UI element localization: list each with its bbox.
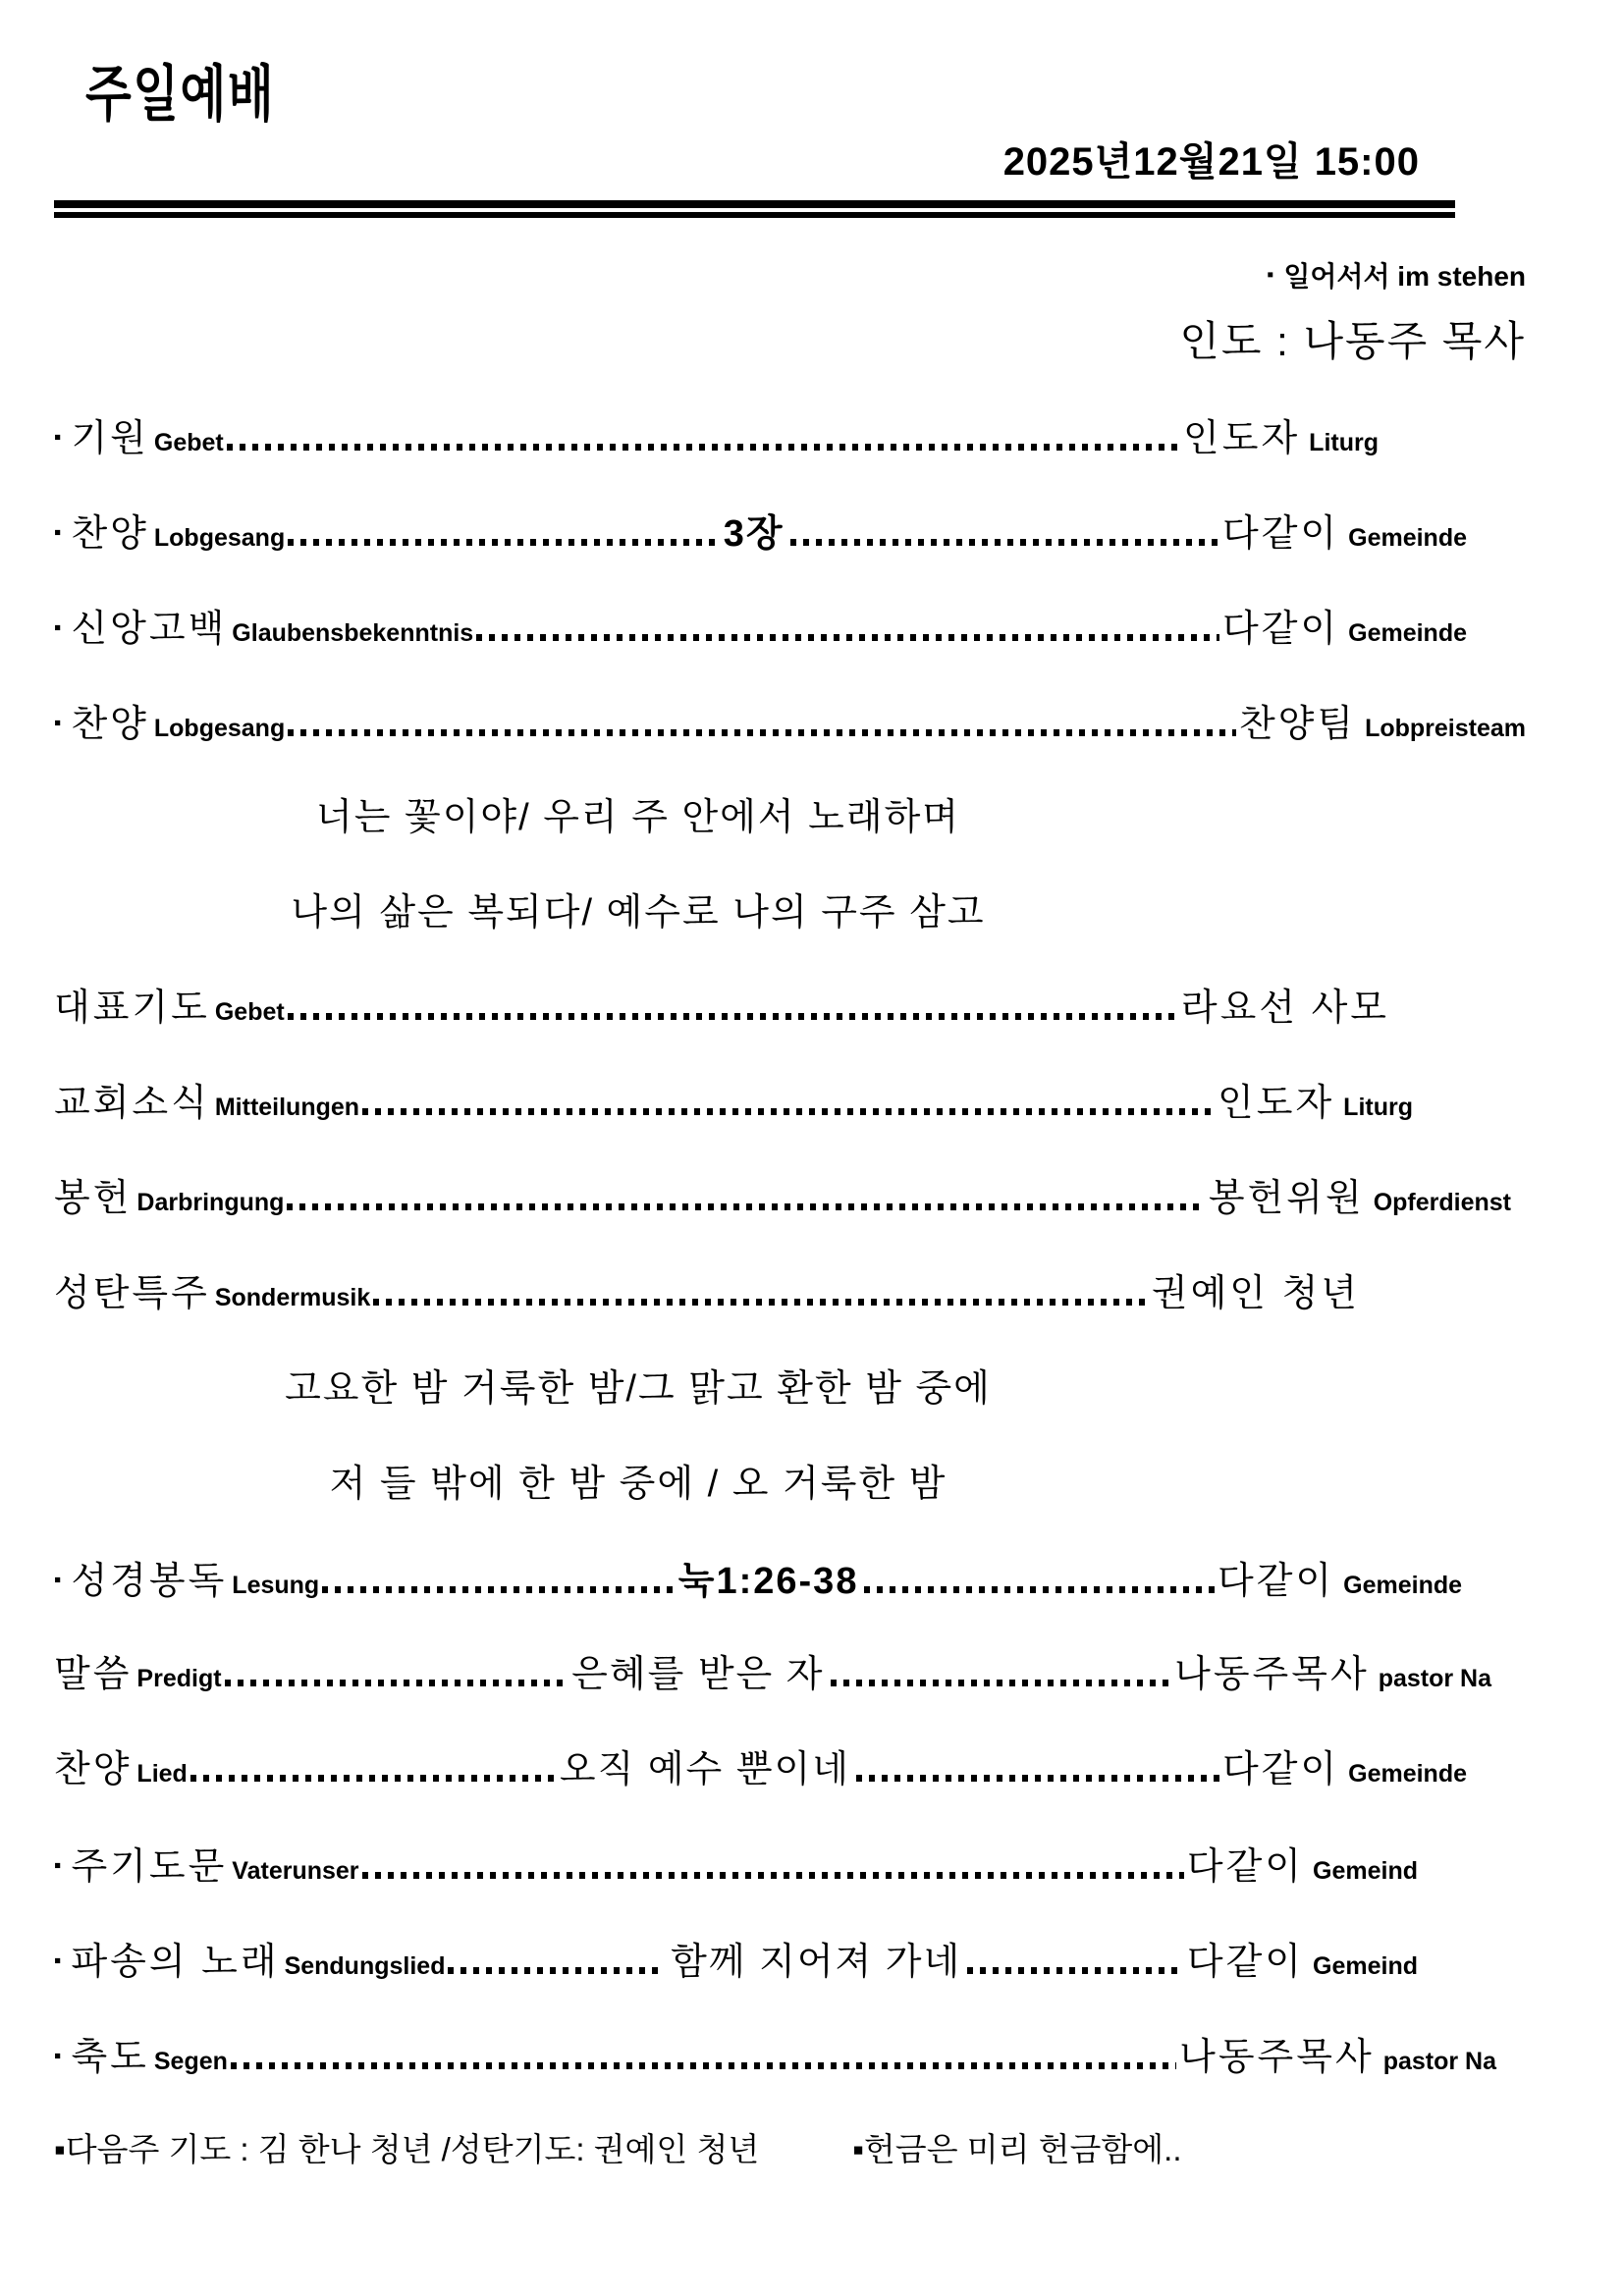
row-hymn: ▪찬양Lobgesang 3장 다같이Gemeinde [54,509,1526,556]
song-lyric-line: 저 들 밖에 한 밤 중에 / 오 거룩한 밤 [54,1462,1222,1508]
scripture-reference: 눅1:26-38 [678,1559,859,1605]
square-bullet-icon: ▪ [54,521,61,544]
assignee-de: pastor Na [1379,1665,1491,1692]
dot-leader [373,1299,1149,1306]
item-title-ko: 말씀 [54,1654,132,1695]
item-title-de: Sendungslied [285,1952,446,1980]
row-sermon: 말씀Predigt 은혜를 받은 자 나동주목사pastor Na [54,1652,1526,1698]
assignee-de: Liturg [1309,429,1379,456]
dot-leader [288,1013,1178,1020]
dot-leader [288,729,1236,736]
standing-note: ▪일어서서 im stehen [54,261,1526,293]
assignee-ko: 권예인 청년 [1152,1273,1360,1314]
item-title-ko: 찬양 [71,704,148,745]
assignee-ko: 찬양팀 [1239,704,1356,745]
dot-leader [864,1586,1215,1593]
offering-note: ▪헌금은 미리 헌금함에.. [852,2130,1181,2169]
assignee-ko: 다같이 [1222,513,1339,555]
item-title-ko: 교회소식 [54,1083,210,1124]
item-title-de: Segen [154,2048,228,2075]
item-title-ko: 성경봉독 [71,1561,227,1602]
square-bullet-icon: ▪ [54,616,61,639]
sermon-title: 은혜를 받은 자 [571,1652,824,1698]
song-title: 함께 지어져 가네 [671,1940,961,1986]
row-praise: ▪찬양Lobgesang 찬양팀Lobpreisteam [54,700,1526,746]
assignee-de: Liturg [1343,1094,1413,1121]
song-lyric-line: 고요한 밤 거룩한 밤/그 맑고 환한 밤 중에 [54,1366,1222,1413]
dot-leader [448,1967,665,1974]
row-representative-prayer: 대표기도Gebet 라요선 사모 [54,986,1526,1032]
dot-leader [227,444,1180,451]
row-response-hymn: 찬양Lied 오직 예수 뿐이네 다같이Gemeinde [54,1747,1526,1793]
assignee-ko: 인도자 [1183,418,1300,459]
dot-leader [231,2062,1176,2069]
square-bullet-icon: ▪ [54,2045,61,2067]
row-offering: 봉헌Darbringung 봉헌위원Opferdienst [54,1176,1526,1222]
song-lyric-line: 너는 꽃이야/ 우리 주 안에서 노래하며 [54,795,1222,841]
assignee-de: Gemeind [1313,1952,1418,1980]
row-lords-prayer: ▪주기도문Vaterunser 다같이Gemeind [54,1842,1526,1889]
assignee-ko: 라요선 사모 [1181,988,1389,1029]
item-title-de: Lied [136,1760,187,1788]
dot-leader [225,1680,567,1686]
dot-leader [967,1967,1184,1974]
dot-leader [288,539,717,546]
row-invocation: ▪기원Gebet 인도자Liturg [54,414,1526,460]
item-detail: 3장 [724,511,785,558]
square-bullet-icon: ▪ [54,1949,61,1972]
item-title-ko: 봉헌 [54,1178,132,1219]
assignee-ko: 나동주목사 [1174,1654,1370,1695]
item-title-ko: 주기도문 [71,1846,227,1888]
dot-leader [287,1203,1205,1210]
hymn-title: 오직 예수 뿐이네 [560,1747,850,1793]
row-sending-song: ▪파송의 노래Sendungslied 함께 지어져 가네 다같이Gemeind [54,1938,1526,1984]
assignee-de: Gemeinde [1348,524,1467,552]
item-title-de: Sondermusik [215,1284,370,1311]
row-scripture-reading: ▪성경봉독Lesung 눅1:26-38 다같이Gemeinde [54,1557,1526,1603]
item-title-de: Gebet [154,429,224,456]
assignee-de: Gemeinde [1343,1572,1462,1599]
assignee-de: pastor Na [1383,2048,1496,2075]
square-bullet-icon: ▪ [54,426,61,449]
assignee-de: Opferdienst [1374,1189,1511,1216]
item-title-ko: 찬양 [54,1749,132,1790]
header-divider [54,200,1455,218]
dot-leader [362,1872,1184,1879]
assignee-ko: 다같이 [1222,609,1339,650]
item-title-ko: 축도 [71,2037,148,2078]
item-title-de: Glaubensbekenntnis [232,619,473,647]
row-special-music: 성탄특주Sondermusik 권예인 청년 [54,1271,1526,1317]
assignee-de: Gemeinde [1348,1760,1467,1788]
standing-note-de: im stehen [1397,261,1526,292]
assignee-ko: 봉헌위원 [1209,1178,1365,1219]
item-title-ko: 성탄특주 [54,1273,210,1314]
standing-note-ko: 일어서서 [1283,261,1389,292]
service-leader-line: 인도 : 나동주 목사 [54,318,1526,365]
dot-leader [362,1108,1215,1115]
page-title: 주일예배 [85,65,1209,126]
square-bullet-icon: ▪ [1267,264,1273,286]
row-benediction: ▪축도Segen 나동주목사pastor Na [54,2033,1526,2079]
dot-leader [190,1775,554,1782]
assignee-ko: 다같이 [1222,1749,1339,1790]
item-title-de: Lobgesang [154,715,285,742]
assignee-de: Gemeind [1313,1857,1418,1885]
footer-notes: ▪다음주 기도 : 김 한나 청년 /성탄기도: 권예인 청년 ▪헌금은 미리 … [54,2130,1526,2169]
assignee-de: Lobpreisteam [1365,715,1526,742]
item-title-ko: 신앙고백 [71,609,227,650]
item-title-ko: 찬양 [71,513,148,555]
item-title-ko: 기원 [71,418,148,459]
item-title-ko: 대표기도 [54,988,210,1029]
square-bullet-icon: ▪ [54,1854,61,1877]
song-lyric-line: 나의 삶은 복되다/ 예수로 나의 구주 삼고 [54,890,1222,936]
item-title-ko: 파송의 노래 [71,1942,279,1983]
worship-bulletin-page: 주일예배 2025년12월21일 15:00 ▪일어서서 im stehen 인… [0,0,1624,2296]
next-week-prayer-note: ▪다음주 기도 : 김 한나 청년 /성탄기도: 권예인 청년 [54,2130,759,2169]
assignee-ko: 인도자 [1218,1083,1334,1124]
dot-leader [831,1680,1172,1686]
dot-leader [322,1586,673,1593]
square-bullet-icon: ▪ [54,712,61,734]
item-title-de: Predigt [136,1665,221,1692]
item-title-de: Vaterunser [232,1857,358,1885]
service-datetime: 2025년12월21일 15:00 [54,139,1526,185]
square-bullet-icon: ▪ [54,1569,61,1591]
dot-leader [790,539,1219,546]
item-title-de: Lobgesang [154,524,285,552]
item-title-de: Darbringung [136,1189,284,1216]
dot-leader [476,634,1219,641]
assignee-de: Gemeinde [1348,619,1467,647]
assignee-ko: 나동주목사 [1179,2037,1375,2078]
assignee-ko: 다같이 [1187,1942,1304,1983]
assignee-ko: 다같이 [1218,1561,1334,1602]
dot-leader [856,1775,1219,1782]
item-title-de: Mitteilungen [215,1094,359,1121]
item-title-de: Lesung [232,1572,319,1599]
row-creed: ▪신앙고백Glaubensbekenntnis 다같이Gemeinde [54,605,1526,651]
row-announcements: 교회소식Mitteilungen 인도자Liturg [54,1081,1526,1127]
item-title-de: Gebet [215,998,285,1026]
assignee-ko: 다같이 [1187,1846,1304,1888]
